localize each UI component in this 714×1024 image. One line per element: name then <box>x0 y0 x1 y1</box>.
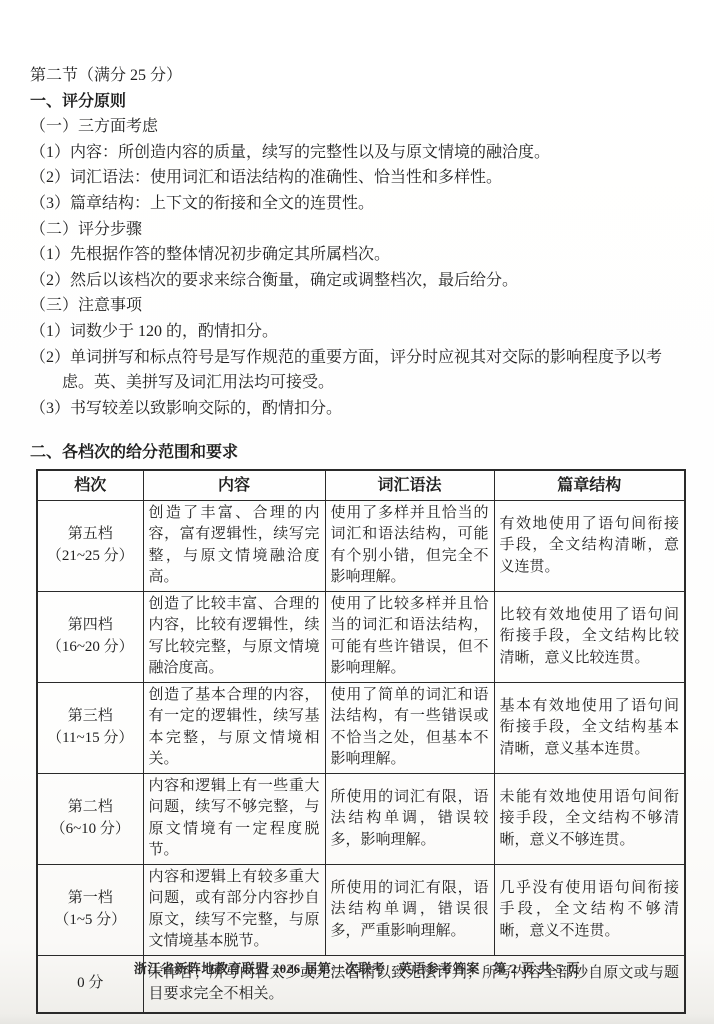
table-header-row: 档次 内容 词汇语法 篇章结构 <box>37 470 685 500</box>
part1-title: 一、评分原则 <box>30 89 684 115</box>
vocab-cell: 使用了简单的词汇和语法结构，有一些错误或不恰当之处，但基本不影响理解。 <box>325 682 494 773</box>
column-header-content: 内容 <box>143 470 325 500</box>
structure-cell: 基本有效地使用了语句间衔接手段，全文结构基本清晰，意义基本连贯。 <box>494 682 685 773</box>
level-cell: 第五档 （21~25 分） <box>37 500 143 591</box>
table-row: 第三档 （11~15 分） 创造了基本合理的内容，有一定的逻辑性，续写基本完整，… <box>37 682 685 773</box>
rubric-item: （1）先根据作答的整体情况初步确定其所属档次。 <box>30 242 684 268</box>
block-scoring-steps: （二）评分步骤 （1）先根据作答的整体情况初步确定其所属档次。 （2）然后以该档… <box>30 217 684 294</box>
rubric-item: （3）书写较差以致影响交际的，酌情扣分。 <box>30 396 684 422</box>
level-score: （21~25 分） <box>43 546 138 568</box>
column-header-level: 档次 <box>37 470 143 500</box>
level-name: 第三档 <box>43 706 138 728</box>
level-score: （11~15 分） <box>43 728 138 750</box>
content-cell: 创造了比较丰富、合理的内容，比较有逻辑性，续写比较完整，与原文情境融洽度高。 <box>143 591 325 682</box>
block-notes: （三）注意事项 （1）词数少于 120 的，酌情扣分。 （2）单词拼写和标点符号… <box>30 293 684 421</box>
level-cell: 第一档 （1~5 分） <box>37 864 143 955</box>
level-cell: 第四档 （16~20 分） <box>37 591 143 682</box>
level-score: （6~10 分） <box>43 819 138 841</box>
block-three-aspects: （一）三方面考虑 （1）内容：所创造内容的质量，续写的完整性以及与原文情境的融洽… <box>30 114 684 216</box>
table-row: 第二档 （6~10 分） 内容和逻辑上有一些重大问题，续写不够完整，与原文情境有… <box>37 773 685 864</box>
rubric-item: （1）内容：所创造内容的质量，续写的完整性以及与原文情境的融洽度。 <box>30 140 684 166</box>
rubric-item: （2）然后以该档次的要求来综合衡量，确定或调整档次，最后给分。 <box>30 268 684 294</box>
table-row: 第一档 （1~5 分） 内容和逻辑上有较多重大问题，或有部分内容抄自原文，续写不… <box>37 864 685 955</box>
level-name: 第四档 <box>43 615 138 637</box>
rubric-item: （1）词数少于 120 的，酌情扣分。 <box>30 319 684 345</box>
grading-rubric-table: 档次 内容 词汇语法 篇章结构 第五档 （21~25 分） 创造了丰富、合理的内… <box>36 469 686 1014</box>
level-cell: 第二档 （6~10 分） <box>37 773 143 864</box>
level-name: 第一档 <box>43 888 138 910</box>
structure-cell: 有效地使用了语句间衔接手段，全文结构清晰，意义连贯。 <box>494 500 685 591</box>
vocab-cell: 使用了多样并且恰当的词汇和语法结构，可能有个别小错，但完全不影响理解。 <box>325 500 494 591</box>
table-row: 第五档 （21~25 分） 创造了丰富、合理的内容，富有逻辑性，续写完整，与原文… <box>37 500 685 591</box>
table-row: 第四档 （16~20 分） 创造了比较丰富、合理的内容，比较有逻辑性，续写比较完… <box>37 591 685 682</box>
content-cell: 创造了基本合理的内容，有一定的逻辑性，续写基本完整，与原文情境相关。 <box>143 682 325 773</box>
level-score: （1~5 分） <box>43 910 138 932</box>
vocab-cell: 所使用的词汇有限，语法结构单调，错误很多，严重影响理解。 <box>325 864 494 955</box>
vocab-cell: 所使用的词汇有限，语法结构单调，错误较多，影响理解。 <box>325 773 494 864</box>
document-page: 第二节（满分 25 分） 一、评分原则 （一）三方面考虑 （1）内容：所创造内容… <box>0 0 714 1024</box>
block2-heading: （二）评分步骤 <box>30 217 684 243</box>
rubric-item: （3）篇章结构：上下文的衔接和全文的连贯性。 <box>30 191 684 217</box>
structure-cell: 比较有效地使用了语句间衔接手段，全文结构比较清晰，意义比较连贯。 <box>494 591 685 682</box>
content-cell: 内容和逻辑上有较多重大问题，或有部分内容抄自原文，续写不完整，与原文情境基本脱节… <box>143 864 325 955</box>
vocab-cell: 使用了比较多样并且恰当的词汇和语法结构，可能有些许错误，但不影响理解。 <box>325 591 494 682</box>
level-name: 第五档 <box>43 524 138 546</box>
level-name: 第二档 <box>43 797 138 819</box>
page-footer: 浙江省新阵地教育联盟 2026 届第一次联考 英语参考答案 第 2 页 共 5 … <box>0 958 714 977</box>
content-cell: 内容和逻辑上有一些重大问题，续写不够完整，与原文情境有一定程度脱节。 <box>143 773 325 864</box>
part2-title: 二、各档次的给分范围和要求 <box>30 440 684 465</box>
block3-heading: （三）注意事项 <box>30 293 684 319</box>
block1-heading: （一）三方面考虑 <box>30 114 684 140</box>
rubric-item: （2）词汇语法：使用词汇和语法结构的准确性、恰当性和多样性。 <box>30 165 684 191</box>
scoring-principles: 一、评分原则 （一）三方面考虑 （1）内容：所创造内容的质量，续写的完整性以及与… <box>30 89 684 422</box>
content-cell: 创造了丰富、合理的内容，富有逻辑性，续写完整，与原文情境融洽度高。 <box>143 500 325 591</box>
rubric-item: （2）单词拼写和标点符号是写作规范的重要方面，评分时应视其对交际的影响程度予以考… <box>30 345 684 396</box>
level-score: （16~20 分） <box>43 637 138 659</box>
level-cell: 第三档 （11~15 分） <box>37 682 143 773</box>
structure-cell: 几乎没有使用语句间衔接手段，全文结构不够清晰，意义不连贯。 <box>494 864 685 955</box>
column-header-structure: 篇章结构 <box>494 470 685 500</box>
section-title: 第二节（满分 25 分） <box>30 63 684 89</box>
structure-cell: 未能有效地使用语句间衔接手段，全文结构不够清晰，意义不够连贯。 <box>494 773 685 864</box>
column-header-vocab: 词汇语法 <box>325 470 494 500</box>
